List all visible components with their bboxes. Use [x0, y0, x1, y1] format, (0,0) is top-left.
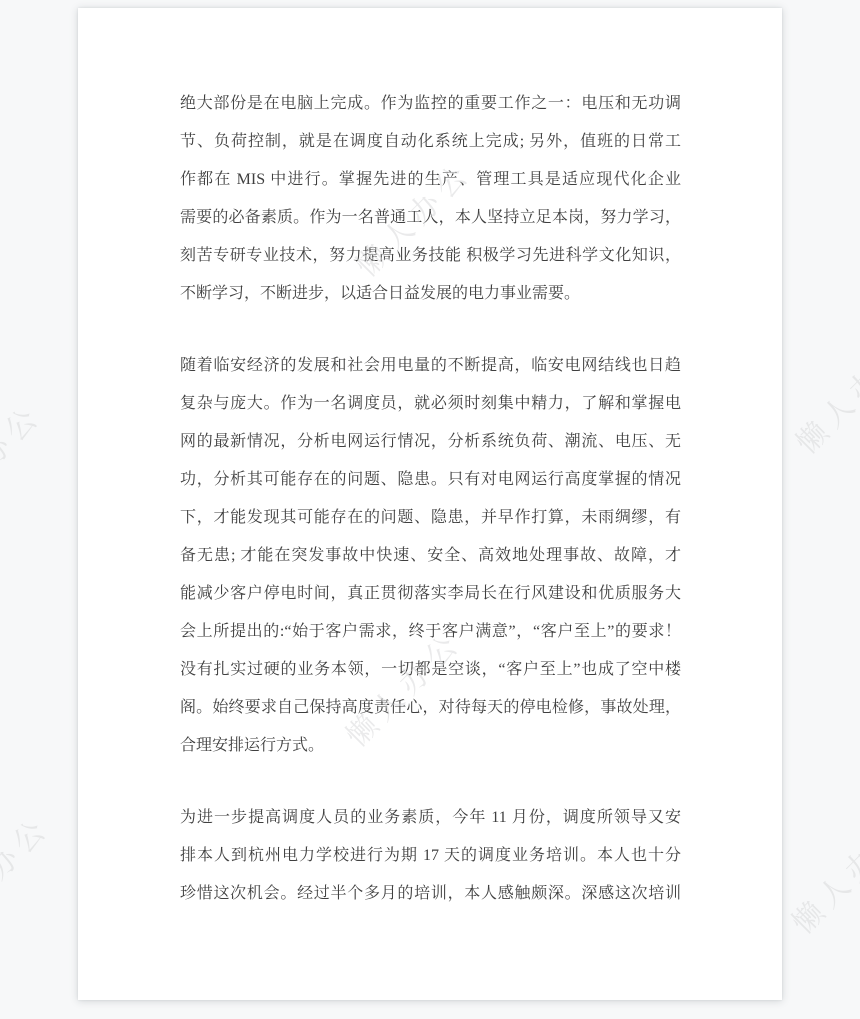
paragraph: 为进一步提高调度人员的业务素质，今年 11 月份，调度所领导又安排本人到杭州电力… — [180, 799, 681, 913]
paragraph: 绝大部份是在电脑上完成。作为监控的重要工作之一：电压和无功调节、负荷控制，就是在… — [180, 85, 681, 313]
text-line: 备无患; 才能在突发事故中快速、安全、高效地处理事故、故障，才 — [180, 537, 681, 575]
text-line: 会上所提出的:“始于客户需求，终于客户满意”，“客户至上”的要求！ — [180, 613, 681, 651]
watermark-text: 懒人办公 — [0, 392, 50, 528]
watermark-text: 懒人办公 — [784, 326, 860, 462]
text-line: 合理安排运行方式。 — [180, 727, 681, 765]
text-line: 随着临安经济的发展和社会用电量的不断提高，临安电网结线也日趋 — [180, 347, 681, 385]
text-line: 需要的必备素质。作为一名普通工人，本人坚持立足本岗，努力学习， — [180, 199, 681, 237]
text-line: 能减少客户停电时间，真正贯彻落实李局长在行风建设和优质服务大 — [180, 575, 681, 613]
text-line: 排本人到杭州电力学校进行为期 17 天的调度业务培训。本人也十分 — [180, 837, 681, 875]
text-line: 为进一步提高调度人员的业务素质，今年 11 月份，调度所领导又安 — [180, 799, 681, 837]
text-line: 节、负荷控制，就是在调度自动化系统上完成; 另外，值班的日常工 — [180, 123, 681, 161]
text-line: 网的最新情况，分析电网运行情况，分析系统负荷、潮流、电压、无 — [180, 423, 681, 461]
paragraph: 随着临安经济的发展和社会用电量的不断提高，临安电网结线也日趋复杂与庞大。作为一名… — [180, 347, 681, 765]
text-line: 功，分析其可能存在的问题、隐患。只有对电网运行高度掌握的情况 — [180, 461, 681, 499]
text-line: 刻苦专研专业技术，努力提高业务技能 积极学习先进科学文化知识， — [180, 237, 681, 275]
document-page: 绝大部份是在电脑上完成。作为监控的重要工作之一：电压和无功调节、负荷控制，就是在… — [78, 8, 782, 1000]
text-line: 作都在 MIS 中进行。掌握先进的生产、管理工具是适应现代化企业 — [180, 161, 681, 199]
watermark-text: 懒人办公 — [780, 806, 860, 942]
text-line: 没有扎实过硬的业务本领，一切都是空谈，“客户至上”也成了空中楼 — [180, 651, 681, 689]
viewer-canvas: 绝大部份是在电脑上完成。作为监控的重要工作之一：电压和无功调节、负荷控制，就是在… — [0, 0, 860, 1019]
screenshot-root: { "watermark": { "text": "懒人办公" }, "colo… — [0, 0, 860, 1019]
text-line: 不断学习，不断进步，以适合日益发展的电力事业需要。 — [180, 275, 681, 313]
text-line: 珍惜这次机会。经过半个多月的培训，本人感触颇深。深感这次培训 — [180, 875, 681, 913]
text-line: 绝大部份是在电脑上完成。作为监控的重要工作之一：电压和无功调 — [180, 85, 681, 123]
document-content: 绝大部份是在电脑上完成。作为监控的重要工作之一：电压和无功调节、负荷控制，就是在… — [180, 8, 681, 947]
text-line: 阁。始终要求自己保持高度责任心，对待每天的停电检修，事故处理， — [180, 689, 681, 727]
watermark-text: 懒人办公 — [0, 804, 58, 940]
text-line: 复杂与庞大。作为一名调度员，就必须时刻集中精力，了解和掌握电 — [180, 385, 681, 423]
text-line: 下，才能发现其可能存在的问题、隐患，并早作打算，未雨绸缪，有 — [180, 499, 681, 537]
